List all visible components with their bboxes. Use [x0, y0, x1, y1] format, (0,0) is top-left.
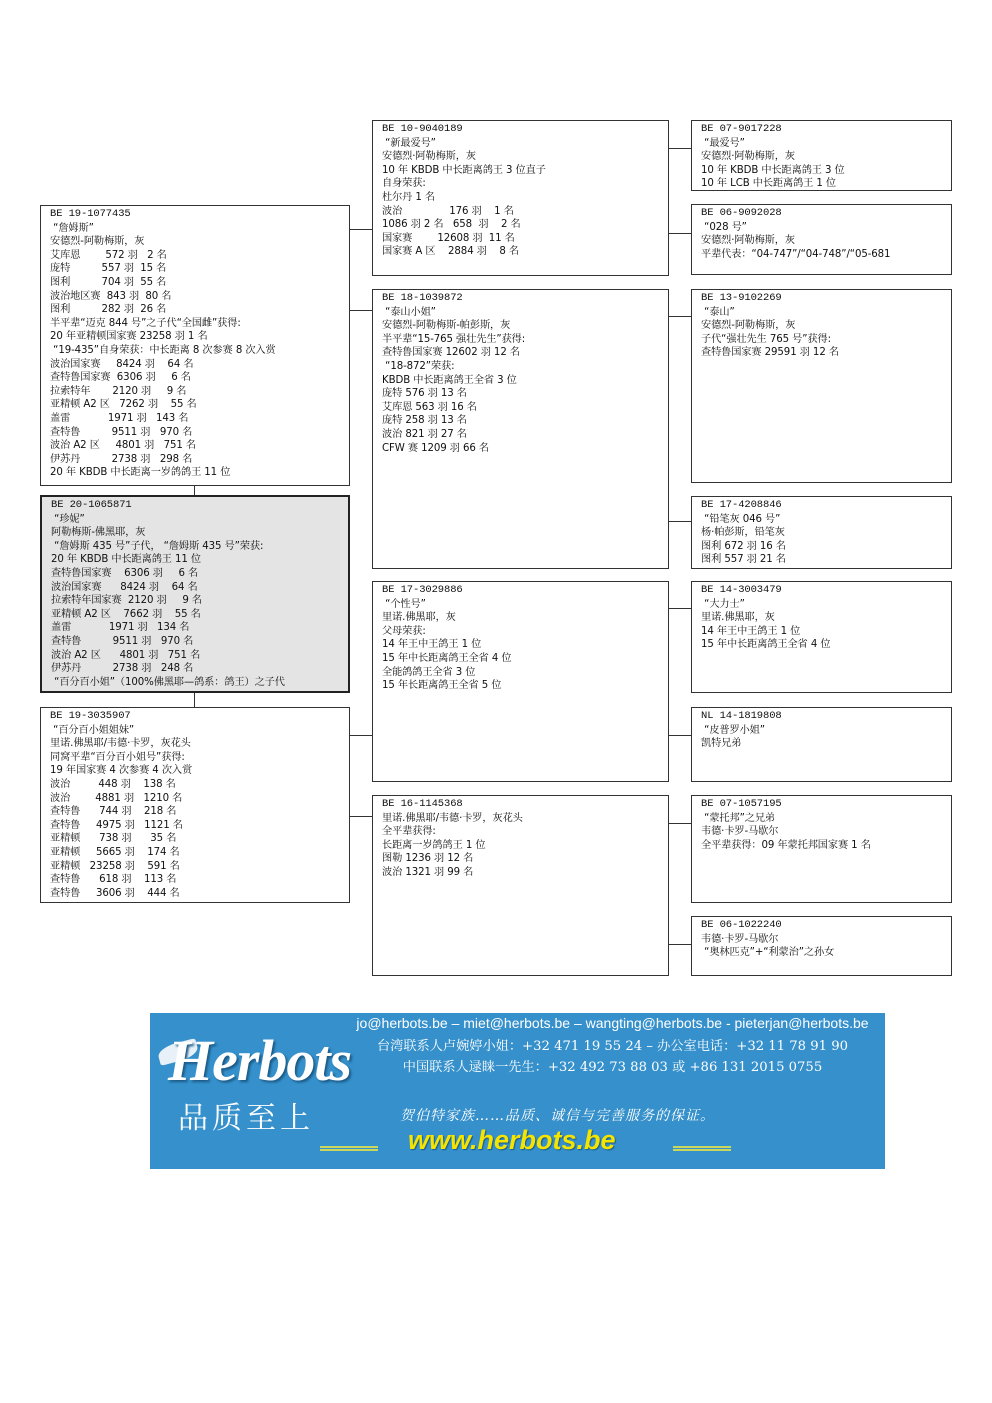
info-line: 波治 176 羽 1 名	[382, 205, 659, 219]
info-line: “百分百小姐姐妹”	[50, 724, 340, 738]
info-line: 波治 A2 区 4801 羽 751 名	[51, 649, 339, 663]
info-line: 查特鲁 9511 羽 970 名	[50, 426, 340, 440]
info-line: “最爱号”	[701, 137, 942, 151]
info-line: 全能鸽鸽王全省 3 位	[382, 666, 659, 680]
contact-taiwan: 台湾联系人卢婉婷小姐：+32 471 19 55 24 – 办公室电话：+32 …	[340, 1035, 885, 1054]
connector-sd-sdd	[668, 521, 691, 522]
info-line: 波治国家赛 8424 羽 64 名	[50, 358, 340, 372]
sire-sire-card: BE 10-9040189 “新最爱号”安德烈·阿勒梅斯，灰10 年 KBDB …	[372, 120, 669, 276]
ring-number: BE 10-9040189	[382, 123, 659, 137]
info-line: 子代“强壮先生 765 号”获得:	[701, 333, 942, 347]
connector-dam-ds	[349, 735, 372, 736]
info-line: 安德烈-阿勒梅斯，灰	[50, 235, 340, 249]
divider-left	[320, 1146, 378, 1151]
ring-number: BE 17-3029886	[382, 584, 659, 598]
info-line: CFW 赛 1209 羽 66 名	[382, 442, 659, 456]
info-line: 波治 448 羽 138 名	[50, 778, 340, 792]
info-line: 庞特 258 羽 13 名	[382, 414, 659, 428]
dam-sire-card: BE 17-3029886 “个性号”里诺.佛黑耶，灰父母荣获:14 年王中王鸽…	[372, 581, 669, 782]
info-line: “18-872”荣获:	[382, 360, 659, 374]
ring-number: BE 14-3003479	[701, 584, 942, 598]
info-line: 波治国家赛 8424 羽 64 名	[51, 581, 339, 595]
info-line: 波治 A2 区 4801 羽 751 名	[50, 439, 340, 453]
info-line: 阿勒梅斯-佛黑耶，灰	[51, 526, 339, 540]
info-line: 查特鲁国家赛 12602 羽 12 名	[382, 346, 659, 360]
dam-card: BE 19-3035907 “百分百小姐姐妹”里诺.佛黑耶/韦德·卡罗，灰花头同…	[40, 707, 350, 903]
ddd-card: BE 06-1022240 韦德·卡罗-马歇尔 “奥林匹克”+“利蒙治”之孙女	[691, 916, 952, 976]
connector-ds-dss	[668, 608, 691, 609]
info-line: 波治 4881 羽 1210 名	[50, 792, 340, 806]
info-line: 图利 704 羽 55 名	[50, 276, 340, 290]
info-line: 安德烈-阿勒梅斯，灰	[701, 319, 942, 333]
info-line: 14 年王中王鸽王 1 位	[701, 625, 942, 639]
info-line: 20 年亚精顿国家赛 23258 羽 1 名	[50, 330, 340, 344]
info-line: “奥林匹克”+“利蒙治”之孙女	[701, 946, 942, 960]
info-line: 里诺.佛黑耶，灰	[382, 611, 659, 625]
sdd-card: BE 17-4208846 “铅笔灰 046 号”杨·帕彭斯，铅笔灰图利 672…	[691, 496, 952, 569]
info-line: 同窝平辈“百分百小姐号”获得:	[50, 751, 340, 765]
info-line: 查特鲁 4975 羽 1121 名	[50, 819, 340, 833]
ring-number: BE 13-9102269	[701, 292, 942, 306]
info-line: 安德烈·阿勒梅斯，灰	[701, 234, 942, 248]
info-line: 艾库恩 563 羽 16 名	[382, 401, 659, 415]
info-line: 20 年 KBDB 中长距离一岁鸽鸽王 11 位	[50, 466, 340, 480]
info-line: 庞特 576 羽 13 名	[382, 387, 659, 401]
info-line: “珍妮”	[51, 513, 339, 527]
website-link[interactable]: www.herbots.be	[408, 1125, 616, 1156]
info-line: 国家赛 12608 羽 11 名	[382, 232, 659, 246]
info-line: 安德烈·阿勒梅斯，灰	[701, 150, 942, 164]
info-line: 自身荣获:	[382, 177, 659, 191]
info-line: 图利 282 羽 26 名	[50, 303, 340, 317]
info-line: 全平辈获得：09 年蒙托邦国家赛 1 名	[701, 839, 942, 853]
info-line: 伊苏丹 2738 羽 298 名	[50, 453, 340, 467]
sire-card: BE 19-1077435 “詹姆斯”安德烈-阿勒梅斯，灰艾库恩 572 羽 2…	[40, 205, 350, 486]
info-line: 查特鲁 3606 羽 444 名	[50, 887, 340, 901]
info-line: “028 号”	[701, 221, 942, 235]
info-line: 亚精顿 23258 羽 591 名	[50, 860, 340, 874]
ring-number: BE 16-1145368	[382, 798, 659, 812]
connector-sd-sds	[668, 316, 691, 317]
info-line: “19-435”自身荣获：中长距离 8 次参赛 8 次入赏	[50, 344, 340, 358]
info-line: 半平辈“15-765 强壮先生”获得:	[382, 333, 659, 347]
info-line: 安德烈·阿勒梅斯，灰	[382, 150, 659, 164]
info-line: 波治地区赛 843 羽 80 名	[50, 290, 340, 304]
info-line: 10 年 LCB 中长距离鸽王 1 位	[701, 177, 942, 191]
info-line: 20 年 KBDB 中长距离鸽王 11 位	[51, 553, 339, 567]
info-line: 安德烈-阿勒梅斯-帕彭斯，灰	[382, 319, 659, 333]
dam-dam-card: BE 16-1145368 里诺.佛黑耶/韦德·卡罗，灰花头全平辈获得:长距离一…	[372, 795, 669, 976]
info-line: 伊苏丹 2738 羽 248 名	[51, 662, 339, 676]
contact-emails[interactable]: jo@herbots.be – miet@herbots.be – wangti…	[340, 1015, 885, 1031]
ring-number: BE 17-4208846	[701, 499, 942, 513]
connector-dam-dd	[349, 816, 372, 817]
sds-card: BE 13-9102269 “泰山”安德烈-阿勒梅斯，灰子代“强壮先生 765 …	[691, 289, 952, 483]
info-line: “个性号”	[382, 598, 659, 612]
connector-sire-sd	[349, 310, 372, 311]
info-line: “铅笔灰 046 号”	[701, 513, 942, 527]
info-line: 韦德·卡罗-马歇尔	[701, 825, 942, 839]
info-line: 1086 羽 2 名 658 羽 2 名	[382, 218, 659, 232]
info-line: 盖雷 1971 羽 143 名	[50, 412, 340, 426]
info-line: 10 年 KBDB 中长距离鸽王 3 位	[701, 164, 942, 178]
ring-number: NL 14-1819808	[701, 710, 942, 724]
connector-ds-dsd	[668, 735, 691, 736]
connector-subject-dam	[194, 692, 195, 707]
info-line: 波治 1321 羽 99 名	[382, 866, 659, 880]
subject-card: BE 20-1065871 “珍妮”阿勒梅斯-佛黑耶，灰 “詹姆斯 435 号”…	[40, 495, 350, 693]
info-line: 查特鲁国家赛 29591 羽 12 名	[701, 346, 942, 360]
info-line: 15 年中长距离鸽王全省 4 位	[701, 638, 942, 652]
info-line: “百分百小姐”（100%佛黑耶—鸽系：鸽王）之子代	[51, 676, 339, 690]
info-line: 亚精顿 738 羽 35 名	[50, 832, 340, 846]
info-line: 查特鲁 9511 羽 970 名	[51, 635, 339, 649]
info-line: “泰山小姐”	[382, 306, 659, 320]
info-line: 查特鲁国家赛 6306 羽 6 名	[50, 371, 340, 385]
info-line: 韦德·卡罗-马歇尔	[701, 933, 942, 947]
connector-dd-ddd	[668, 944, 691, 945]
ring-number: BE 07-1057195	[701, 798, 942, 812]
info-line: 父母荣获:	[382, 625, 659, 639]
info-line: 里诺.佛黑耶，灰	[701, 611, 942, 625]
tagline: 品质至上	[178, 1093, 314, 1137]
connector-ss-ssd	[668, 233, 691, 234]
info-line: 杨·帕彭斯，铅笔灰	[701, 526, 942, 540]
info-line: “泰山”	[701, 306, 942, 320]
contact-china: 中国联系人逯睐一先生：+32 492 73 88 03 或 +86 131 20…	[340, 1056, 885, 1075]
info-line: 查特鲁国家赛 6306 羽 6 名	[51, 567, 339, 581]
ring-number: BE 19-1077435	[50, 208, 340, 222]
connector-ss-sss	[668, 148, 691, 149]
info-line: 19 年国家赛 4 次参赛 4 次入赏	[50, 764, 340, 778]
connector-dd-dds	[668, 823, 691, 824]
info-line: 亚精顿 A2 区 7262 羽 55 名	[50, 398, 340, 412]
info-line: “大力士”	[701, 598, 942, 612]
info-line: “新最爱号”	[382, 137, 659, 151]
ring-number: BE 19-3035907	[50, 710, 340, 724]
info-line: 长距离一岁鸽鸽王 1 位	[382, 839, 659, 853]
info-line: 半平辈“迈克 844 号”之子代“全国雌”获得:	[50, 317, 340, 331]
info-line: 图利 557 羽 21 名	[701, 553, 942, 567]
info-line: 庞特 557 羽 15 名	[50, 262, 340, 276]
info-line: 查特鲁 618 羽 113 名	[50, 873, 340, 887]
info-line: “蒙托邦”之兄弟	[701, 812, 942, 826]
divider-right	[673, 1146, 731, 1151]
info-line: 凯特兄弟	[701, 737, 942, 751]
info-line: 平辈代表：“04-747”/“04-748”/“05-681	[701, 248, 942, 262]
info-line: 15 年中长距离鸽王全省 4 位	[382, 652, 659, 666]
info-line: 拉索特年国家赛 2120 羽 9 名	[51, 594, 339, 608]
info-line: 杜尔丹 1 名	[382, 191, 659, 205]
connector-sire-ss	[349, 229, 372, 230]
info-line: 15 年长距离鸽王全省 5 位	[382, 679, 659, 693]
info-line: 查特鲁 744 羽 218 名	[50, 805, 340, 819]
info-line: “皮普罗小姐”	[701, 724, 942, 738]
dsd-card: NL 14-1819808 “皮普罗小姐”凯特兄弟	[691, 707, 952, 782]
info-line: 盖雷 1971 羽 134 名	[51, 621, 339, 635]
herbots-banner: Herbots 品质至上 jo@herbots.be – miet@herbot…	[150, 1013, 885, 1169]
info-line: 10 年 KBDB 中长距离鸽王 3 位直子	[382, 164, 659, 178]
sss-card: BE 07-9017228 “最爱号”安德烈·阿勒梅斯，灰10 年 KBDB 中…	[691, 120, 952, 191]
ring-number: BE 07-9017228	[701, 123, 942, 137]
info-line: 全平辈获得:	[382, 825, 659, 839]
connector-sire-subject	[194, 485, 195, 495]
ssd-card: BE 06-9092028 “028 号”安德烈·阿勒梅斯，灰平辈代表：“04-…	[691, 204, 952, 275]
ring-number: BE 18-1039872	[382, 292, 659, 306]
info-line: 国家赛 A 区 2884 羽 8 名	[382, 245, 659, 259]
ring-number: BE 06-9092028	[701, 207, 942, 221]
info-line: 里诺.佛黑耶/韦德·卡罗，灰花头	[50, 737, 340, 751]
info-line: 亚精顿 A2 区 7662 羽 55 名	[51, 608, 339, 622]
ring-number: BE 20-1065871	[51, 499, 339, 513]
info-line: “詹姆斯”	[50, 222, 340, 236]
info-line: 图勒 1236 羽 12 名	[382, 852, 659, 866]
sire-dam-card: BE 18-1039872 “泰山小姐”安德烈-阿勒梅斯-帕彭斯，灰半平辈“15…	[372, 289, 669, 569]
info-line: 图利 672 羽 16 名	[701, 540, 942, 554]
dds-card: BE 07-1057195 “蒙托邦”之兄弟韦德·卡罗-马歇尔全平辈获得：09 …	[691, 795, 952, 903]
ring-number: BE 06-1022240	[701, 919, 942, 933]
info-line: 拉索特年 2120 羽 9 名	[50, 385, 340, 399]
slogan: 贺伯特家族……品质、诚信与完善服务的保证。	[400, 1105, 715, 1125]
info-line: 亚精顿 5665 羽 174 名	[50, 846, 340, 860]
dss-card: BE 14-3003479 “大力士”里诺.佛黑耶，灰14 年王中王鸽王 1 位…	[691, 581, 952, 693]
herbots-logo: Herbots	[168, 1027, 351, 1094]
info-line: 里诺.佛黑耶/韦德·卡罗，灰花头	[382, 812, 659, 826]
info-line: 波治 821 羽 27 名	[382, 428, 659, 442]
info-line: “詹姆斯 435 号”子代， “詹姆斯 435 号”荣获:	[51, 540, 339, 554]
info-line: 14 年王中王鸽王 1 位	[382, 638, 659, 652]
info-line: 艾库恩 572 羽 2 名	[50, 249, 340, 263]
info-line: KBDB 中长距离鸽王全省 3 位	[382, 374, 659, 388]
